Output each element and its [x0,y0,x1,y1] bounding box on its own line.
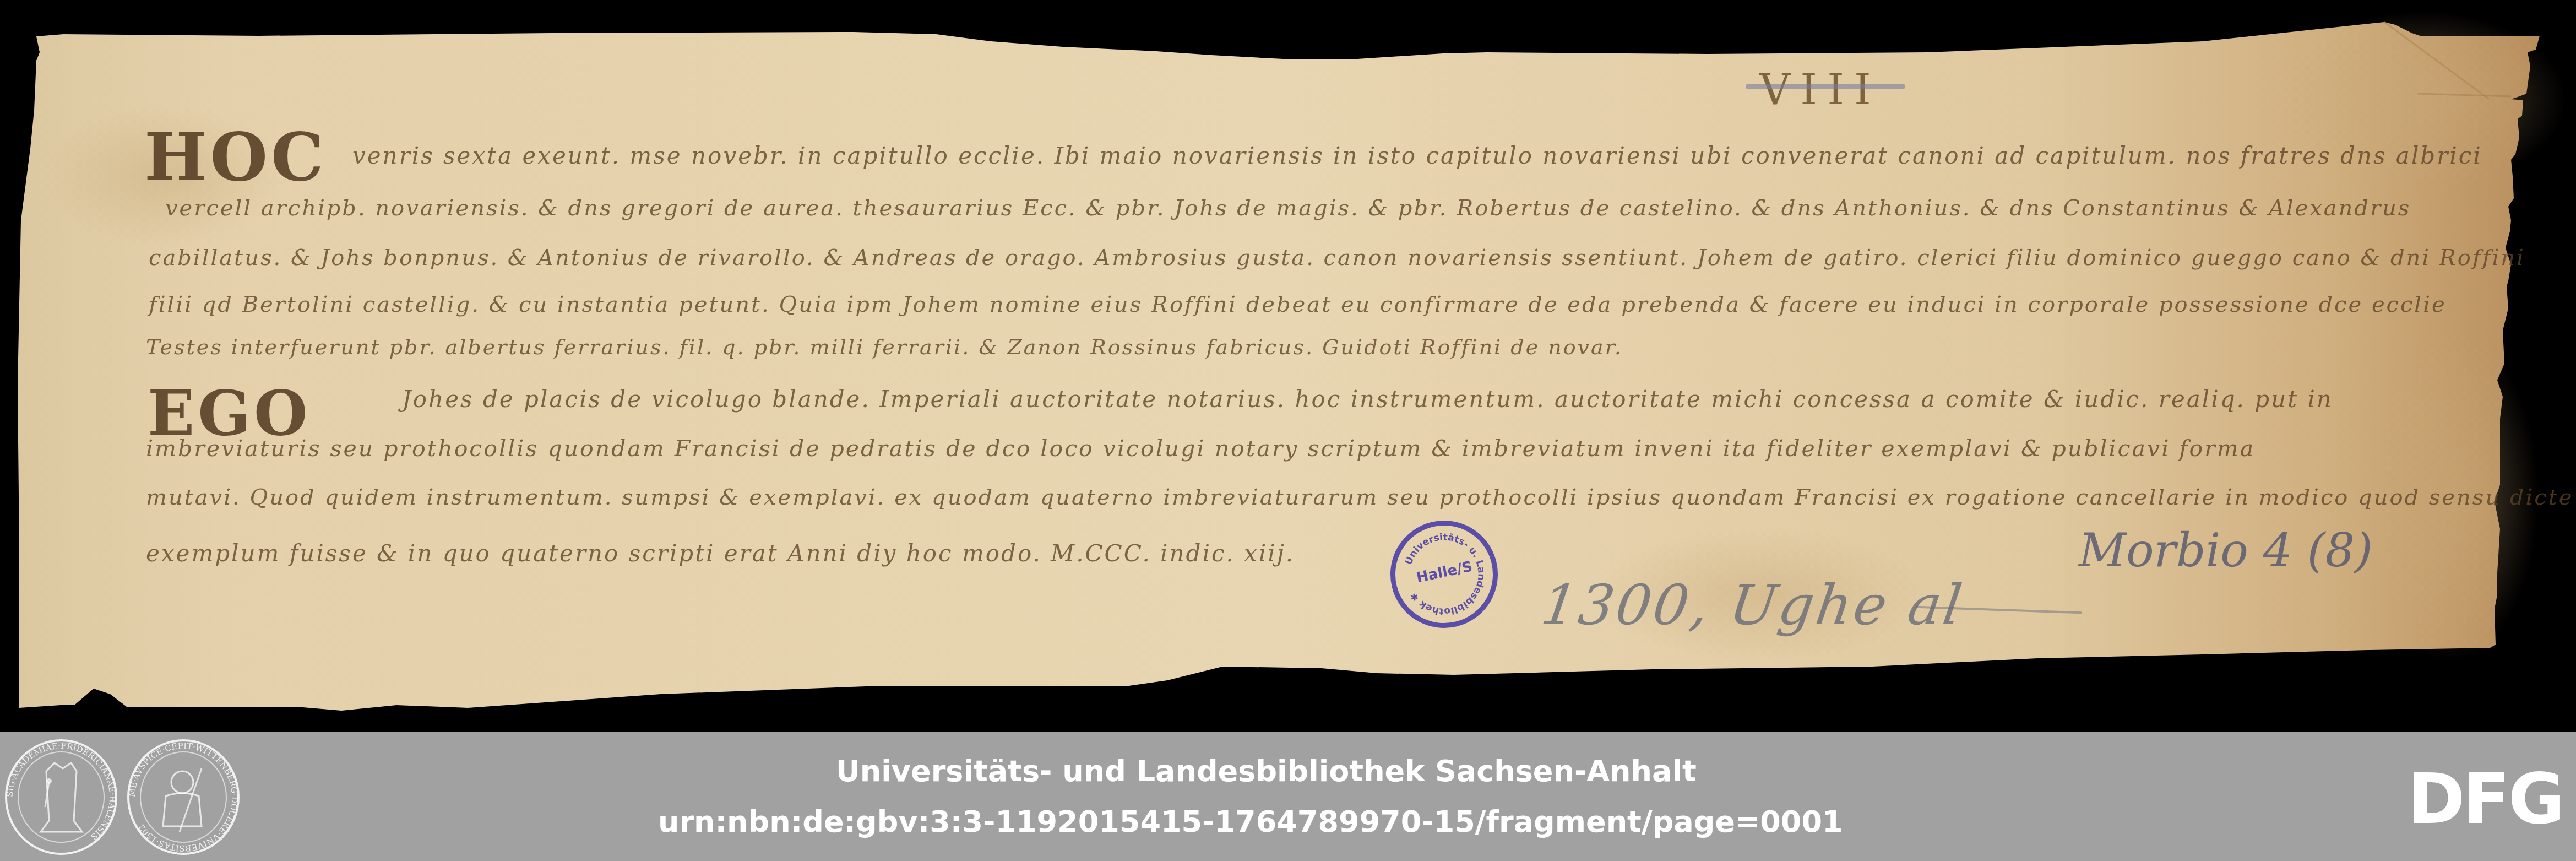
text-line-5: Testes interfuerunt pbr. albertus ferrar… [146,335,1623,359]
dfg-logo: DFG [2407,765,2563,834]
initial-hoc: HOC [144,118,327,196]
svg-text:ME·AVSPICE·CEPIT·WITTENBERG·DO: ME·AVSPICE·CEPIT·WITTENBERG·DOCERE·VNIVE… [127,741,240,853]
text-line-4: filii qd Bertolini castellig. & cu insta… [149,292,2447,317]
text-line-8: mutavi. Quod quidem instrumentum. sumpsi… [146,485,2573,510]
footer-bar [0,732,2576,861]
university-seal-halle-icon: SIG·ACADEMIAE·FRIDERICIANAE·HALENSIS [2,738,121,857]
shelfmark-strikethrough [1746,84,1905,89]
shelfmark-numeral: VIII [1759,65,1881,115]
parchment-fragment [0,0,2576,732]
library-stamp: Universitäts- u. Landesbibliothek ✱ Hall… [1383,513,1504,635]
text-line-7: imbreviaturis seu prothocollis quondam F… [146,435,2255,462]
pencil-note-shelfmark: Morbio 4 (8) [2079,523,2373,577]
text-line-9: exemplum fuisse & in quo quaterno script… [146,540,1295,567]
image-viewer: VIII HOC EGO venris sexta exeunt. mse no… [0,0,2576,732]
institution-name: Universitäts- und Landesbibliothek Sachs… [836,754,1697,788]
university-seal-wittenberg-icon: ME·AVSPICE·CEPIT·WITTENBERG·DOCERE·VNIVE… [124,738,243,857]
text-line-3: cabillatus. & Johs bonpnus. & Antonius d… [149,245,2525,270]
urn-identifier[interactable]: urn:nbn:de:gbv:3:3-1192015415-1764789970… [658,804,1843,839]
text-line-1: venris sexta exeunt. mse novebr. in capi… [352,142,2482,169]
text-line-6: Johes de placis de vicolugo blande. Impe… [402,386,2333,413]
text-line-2: vercell archipb. novariensis. & dns greg… [165,196,2411,221]
pencil-note-date: 1300, Ughe al [1537,573,1968,637]
